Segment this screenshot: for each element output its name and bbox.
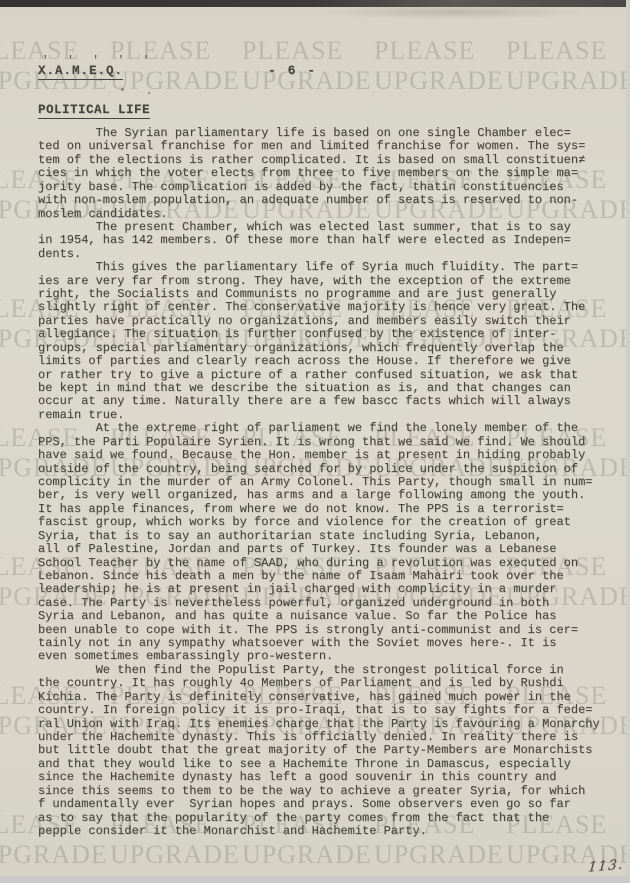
body-text: The Syrian parliamentary life is based o… <box>38 127 623 838</box>
scan-top-edge <box>0 0 630 7</box>
handwritten-page-number: 113. <box>587 856 624 875</box>
header-title: X.A.M.E.Q. <box>38 64 123 80</box>
paragraph: We then find the Populist Party, the str… <box>38 664 623 838</box>
paragraph: At the extreme right of parliament we fi… <box>38 422 623 664</box>
ink-speck <box>121 88 124 91</box>
scan-bottom-edge <box>0 876 630 883</box>
ink-speck <box>148 92 150 94</box>
paragraph: The present Chamber, which was elected l… <box>38 221 623 261</box>
paragraph: The Syrian parliamentary life is based o… <box>38 127 623 221</box>
scanned-document-page: PLEASEPLEASEPLEASEPLEASEPLEASEPLEASEUPGR… <box>0 0 630 883</box>
page-number: - 6 - <box>268 63 317 78</box>
scan-right-edge <box>626 0 630 883</box>
section-heading: POLITICAL LIFE <box>38 103 150 119</box>
paragraph: This gives the parliamentary life of Syr… <box>38 261 623 422</box>
document-content: ' ' ' ' ' X.A.M.E.Q. - 6 - POLITICAL LIF… <box>0 0 630 883</box>
